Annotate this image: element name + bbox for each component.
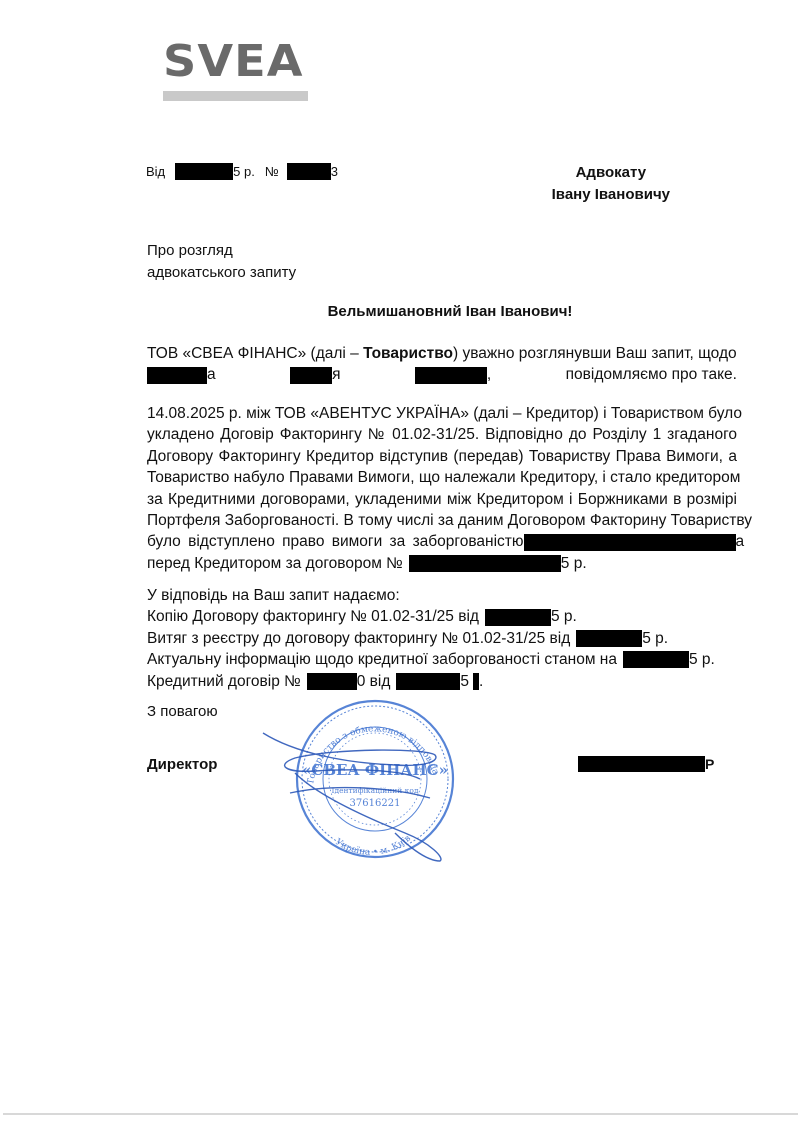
name-fragment-2: я bbox=[332, 364, 340, 385]
enclosure-text: Копію Договору факторингу № 01.02-31/25 … bbox=[147, 606, 479, 627]
enclosure-date-suffix: 5 р. bbox=[689, 649, 715, 670]
enclosure-date-suffix: 5 р. bbox=[642, 628, 668, 649]
intro-text-2: ) уважно розглянувши Ваш запит, щодо bbox=[453, 345, 737, 362]
subject-block: Про розгляд адвокатського запиту bbox=[147, 240, 296, 284]
factoring-line-debtor: було відступлено право вимоги за заборго… bbox=[147, 531, 737, 552]
intro-bold-term: Товариство bbox=[363, 345, 453, 362]
svg-text:Україна • м. Київ: Україна • м. Київ bbox=[333, 834, 413, 858]
factoring-line-text: 14.08.2025 р. між ТОВ «АВЕНТУС УКРАЇНА» … bbox=[147, 403, 737, 424]
enclosures-intro-text: У відповідь на Ваш запит надаємо: bbox=[147, 585, 400, 606]
from-label: Від bbox=[146, 164, 165, 179]
page-bottom-edge-divider bbox=[3, 1113, 798, 1115]
factoring-line: 14.08.2025 р. між ТОВ «АВЕНТУС УКРАЇНА» … bbox=[147, 403, 737, 424]
intro-text-1: ТОВ «СВЕА ФІНАНС» (далі – bbox=[147, 345, 363, 362]
salutation: Вельмишановний Іван Іванович! bbox=[0, 303, 800, 320]
enclosure-item: Копію Договору факторингу № 01.02-31/25 … bbox=[147, 606, 715, 627]
redacted-signatory-name bbox=[578, 756, 705, 772]
name-fragment-1: а bbox=[207, 364, 216, 385]
factoring-line-text: Портфеля Заборгованості. В тому числі за… bbox=[147, 510, 737, 531]
factoring-line: за Кредитними договорами, укладеними між… bbox=[147, 489, 737, 510]
enclosure-mid-text: 0 від bbox=[357, 671, 391, 692]
addressee-name: Івану Івановичу bbox=[552, 184, 670, 206]
intro-line-end: повідомляємо про таке. bbox=[566, 364, 737, 385]
paragraph-intro-line-1: ТОВ «СВЕА ФІНАНС» (далі – Товариство) ув… bbox=[147, 343, 737, 364]
redacted-name-1 bbox=[147, 367, 207, 384]
factoring-line-text: за Кредитними договорами, укладеними між… bbox=[147, 489, 737, 510]
enclosures-intro: У відповідь на Ваш запит надаємо: bbox=[147, 585, 715, 606]
redacted-date bbox=[623, 651, 689, 668]
signatory-title: Директор bbox=[147, 756, 217, 773]
enclosures-list: У відповідь на Ваш запит надаємо: Копію … bbox=[147, 585, 715, 692]
factoring-line-contract: перед Кредитором за договором № 5 р. bbox=[147, 553, 737, 574]
enclosure-item: Кредитний договір № 0 від 5 . bbox=[147, 671, 715, 692]
redacted-number bbox=[287, 163, 331, 180]
logo-underline-bar bbox=[163, 91, 308, 101]
factoring-line: укладено Договір Факторингу № 01.02-31/2… bbox=[147, 424, 737, 445]
debtor-suffix: а bbox=[736, 531, 745, 552]
enclosure-text: Кредитний договір № bbox=[147, 671, 301, 692]
paragraph-intro: ТОВ «СВЕА ФІНАНС» (далі – Товариство) ув… bbox=[147, 343, 737, 386]
factoring-line-text: Товариство набуло Правами Вимоги, що нал… bbox=[147, 467, 737, 488]
redacted-contract-number bbox=[307, 673, 357, 690]
name-fragment-3: , bbox=[487, 364, 491, 385]
redacted-contract-number bbox=[409, 555, 561, 572]
company-stamp-icon: Товариство з обмеженою відповідальністю … bbox=[255, 693, 455, 868]
reference-line: Від 5 р. № 3 bbox=[146, 163, 338, 180]
redacted-date bbox=[396, 673, 460, 690]
enclosure-item: Витяг з реєстру до договору факторингу №… bbox=[147, 628, 715, 649]
redacted-name-2 bbox=[290, 367, 332, 384]
addressee-block: Адвокату Івану Івановичу bbox=[552, 162, 670, 206]
enclosure-date-suffix: 5 р. bbox=[551, 606, 577, 627]
date-suffix: 5 р. bbox=[233, 164, 255, 179]
factoring-line: Договору Факторингу Кредитор відступив (… bbox=[147, 446, 737, 467]
redacted-date bbox=[175, 163, 233, 180]
number-label: № bbox=[265, 164, 279, 179]
addressee-title: Адвокату bbox=[552, 162, 670, 184]
signatory-name-suffix: Р bbox=[705, 756, 714, 772]
subject-line-1: Про розгляд bbox=[147, 240, 296, 262]
redacted-date bbox=[485, 609, 551, 626]
signatory-name: Р bbox=[578, 756, 714, 772]
subject-line-2: адвокатського запиту bbox=[147, 262, 296, 284]
redacted-date bbox=[576, 630, 642, 647]
enclosure-text: Актуальну інформацію щодо кредитної забо… bbox=[147, 649, 617, 670]
enclosure-text: Витяг з реєстру до договору факторингу №… bbox=[147, 628, 570, 649]
paragraph-factoring: 14.08.2025 р. між ТОВ «АВЕНТУС УКРАЇНА» … bbox=[147, 403, 737, 574]
logo-text: SVEA bbox=[163, 40, 316, 84]
closing-regards: З повагою bbox=[147, 703, 218, 720]
factoring-line: Товариство набуло Правами Вимоги, що нал… bbox=[147, 467, 737, 488]
debtor-text: було відступлено право вимоги за заборго… bbox=[147, 531, 524, 552]
redacted-name-3 bbox=[415, 367, 487, 384]
factoring-line: Портфеля Заборгованості. В тому числі за… bbox=[147, 510, 737, 531]
contract-date-suffix: 5 р. bbox=[561, 553, 587, 574]
enclosure-item: Актуальну інформацію щодо кредитної забо… bbox=[147, 649, 715, 670]
svg-text:37616221: 37616221 bbox=[350, 798, 401, 809]
factoring-line-text: Договору Факторингу Кредитор відступив (… bbox=[147, 446, 737, 467]
factoring-line-text: укладено Договір Факторингу № 01.02-31/2… bbox=[147, 424, 737, 445]
enclosure-tail: . bbox=[479, 671, 483, 692]
signature-stroke-icon bbox=[263, 733, 441, 861]
contract-text: перед Кредитором за договором № bbox=[147, 553, 403, 574]
redacted-debtor-name bbox=[524, 534, 736, 551]
paragraph-intro-line-2: а я , повідомляємо про таке. bbox=[147, 364, 737, 385]
number-suffix: 3 bbox=[331, 164, 338, 179]
enclosure-date-digit: 5 bbox=[460, 671, 469, 692]
company-logo: SVEA bbox=[163, 40, 309, 101]
